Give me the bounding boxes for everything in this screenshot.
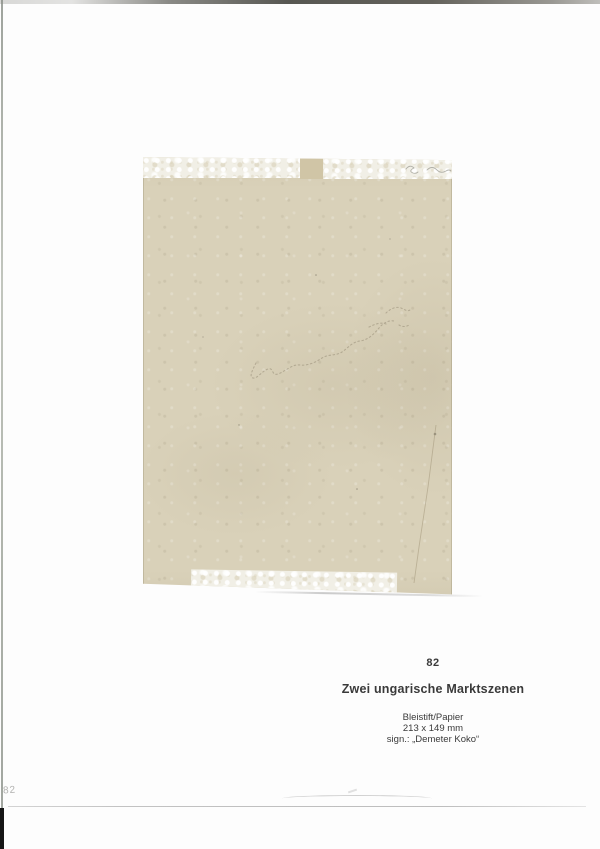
pencil-smudge-mark xyxy=(348,789,357,794)
artwork-title: Zwei ungarische Marktszenen xyxy=(283,682,583,696)
catalog-number: 82 xyxy=(283,657,583,669)
scan-top-edge xyxy=(0,0,600,4)
dimensions-line: 213 x 149 mm xyxy=(283,723,583,734)
handwritten-page-number: 82 xyxy=(3,785,17,797)
paper-specks xyxy=(202,238,436,489)
medium-line: Bleistift/Papier xyxy=(283,712,583,723)
catalog-entry: 82 Zwei ungarische Marktszenen Bleistift… xyxy=(283,657,583,745)
pencil-note-mark xyxy=(406,166,451,173)
faint-signature-mark xyxy=(251,307,410,378)
artwork-details: Bleistift/Papier 213 x 149 mm sign.: „De… xyxy=(283,712,583,745)
artwork-scan xyxy=(143,157,452,597)
scan-rule-line xyxy=(8,806,586,807)
scan-corner-bar xyxy=(0,808,4,849)
scan-left-edge xyxy=(1,0,3,812)
signature-line: sign.: „Demeter Koko“ xyxy=(283,734,583,745)
crease-line xyxy=(414,425,436,583)
pencil-arc-mark xyxy=(282,795,432,802)
pencil-marks-layer xyxy=(143,157,452,597)
